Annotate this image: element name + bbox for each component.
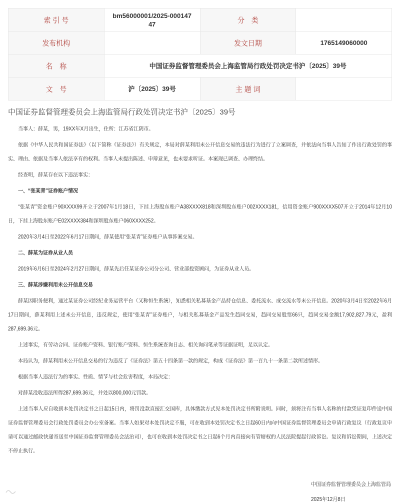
paragraph-employment: 2019年6月6日至2024年2月27日期间，薛某先后任某证券公司分公司、营业部…	[8, 263, 392, 277]
info-row-4: 文 号 沪〔2025〕39号 主 题 词	[8, 77, 392, 100]
paragraph-legal-basis: 依据《中华人民共和国证券法》（以下简称《证券法》）有关规定，本局对薛某利用未公开…	[8, 139, 392, 167]
info-label-subject-words: 主 题 词	[200, 77, 296, 100]
section-heading-1: 一、“张某青”证券账户情况	[8, 185, 392, 199]
info-label-issue-date: 发文日期	[200, 31, 296, 54]
paragraph-party-info: 当事人：薛某，男，19XX年X月出生，住所：江苏省江阴市。	[8, 123, 392, 137]
corner-artifact-icon	[5, 488, 18, 495]
paragraph-violation-details: 薛某因职务便利，通过某证券公司经纪业务运营平台（又称恒生系统），知悉相关私募基金…	[8, 295, 392, 337]
info-value-index-number: bm56000001/2025-00014747	[104, 8, 200, 31]
info-label-index-number: 索 引 号	[8, 8, 104, 31]
info-row-1: 索 引 号 bm56000001/2025-00014747 分 类	[8, 8, 392, 31]
issuing-authority: 中国证券监督管理委员会上海监管局	[311, 478, 391, 493]
document-page: 索 引 号 bm56000001/2025-00014747 分 类 发布机构 …	[0, 0, 400, 504]
section-heading-3: 三、薛某涉嫌利用未公开信息交易	[8, 279, 392, 293]
info-row-2: 发布机构 发文日期 1765149060000	[8, 31, 392, 54]
signature-block: 中国证券监督管理委员会上海监管局 2025年12月8日	[8, 478, 392, 504]
document-info-table: 索 引 号 bm56000001/2025-00014747 分 类 发布机构 …	[8, 8, 392, 101]
info-value-subject-words	[296, 77, 392, 100]
info-value-document-number: 沪〔2025〕39号	[104, 77, 200, 100]
info-label-name: 名 称	[8, 54, 104, 77]
document-body: 当事人：薛某，男，19XX年X月出生，住所：江苏省江阴市。 依据《中华人民共和国…	[8, 123, 392, 459]
issue-date-text: 2025年12月8日	[311, 493, 391, 504]
paragraph-penalty: 对薛某没收违法所得287,699.36元，并处以800,000元罚款。	[8, 387, 392, 401]
info-label-category: 分 类	[200, 8, 296, 31]
info-value-issue-date: 1765149060000	[296, 31, 392, 54]
signature-inner: 中国证券监督管理委员会上海监管局 2025年12月8日	[311, 478, 391, 504]
document-title: 中国证券监督管理委员会上海监管局行政处罚决定书沪〔2025〕39号	[8, 108, 392, 118]
paragraph-decision-intro: 根据当事人违法行为的事实、性质、情节与社会危害程度，本局决定：	[8, 371, 392, 385]
info-value-name: 中国证券监督管理委员会上海监管局行政处罚决定书沪〔2025〕39号	[104, 54, 392, 77]
section-heading-2: 二、薛某为证券从业人员	[8, 247, 392, 261]
paragraph-facts-intro: 经查明，薛某存在以下违法事实：	[8, 169, 392, 183]
info-label-document-number: 文 号	[8, 77, 104, 100]
paragraph-account-details: “张某青”资金账户90XXXX99开立于2007年1月18日，下挂上海股东账户A…	[8, 201, 392, 229]
paragraph-trading-period: 2020年3月4日至2022年6月17日期间，薛某使用“张某青”证券账户从事涉案…	[8, 231, 392, 245]
paragraph-payment-appeal-instructions: 上述当事人应自收到本处罚决定书之日起15日内，将罚没款直接汇交国库，具体缴款方式…	[8, 403, 392, 459]
info-label-issuing-agency: 发布机构	[8, 31, 104, 54]
info-row-3: 名 称 中国证券监督管理委员会上海监管局行政处罚决定书沪〔2025〕39号	[8, 54, 392, 77]
info-value-issuing-agency	[104, 31, 200, 54]
paragraph-evidence: 上述事实，有劳动合同、证券账户资料、银行账户资料、恒生系统查询日志、相关询问笔录…	[8, 339, 392, 353]
info-value-category	[296, 8, 392, 31]
paragraph-legal-conclusion: 本局认为，薛某利用未公开信息交易的行为违反了《证券法》第五十四条第一款的规定，构…	[8, 355, 392, 369]
